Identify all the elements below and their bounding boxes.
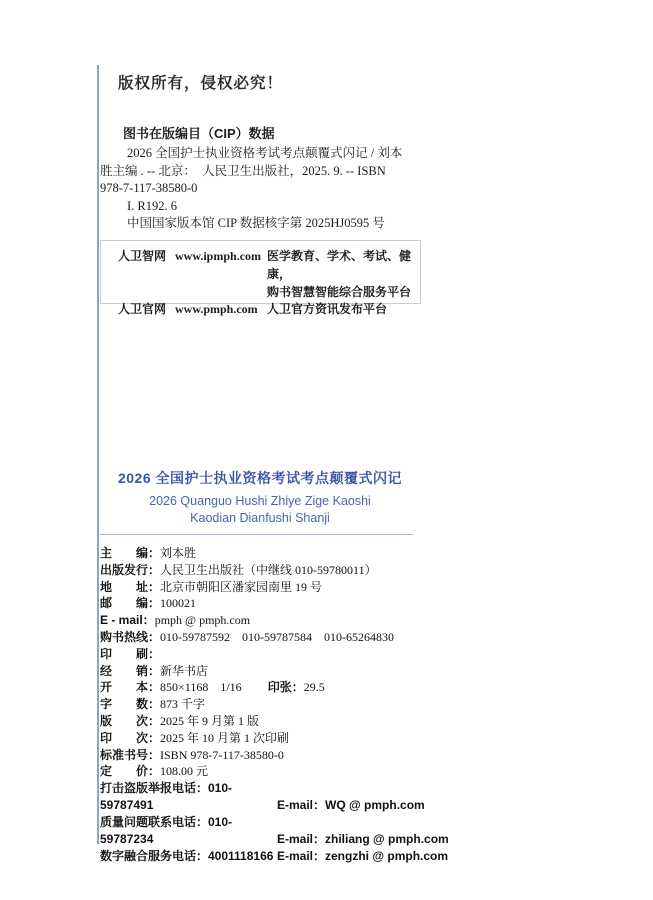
footer-email: E-mail：zhiliang @ pmph.com	[277, 832, 449, 846]
detail-value: 100021	[160, 596, 196, 610]
detail-row-address: 地 址：北京市朝阳区潘家园南里 19 号	[100, 579, 575, 596]
detail-value: 北京市朝阳区潘家园南里 19 号	[160, 580, 322, 594]
detail-row-printing: 印 次：2025 年 10 月第 1 次印刷	[100, 730, 575, 747]
spacer	[175, 284, 267, 302]
detail-row-editor: 主 编：刘本胜	[100, 545, 575, 562]
cip-line: 2026 全国护士执业资格考试考点颠覆式闪记 / 刘本	[100, 145, 475, 163]
detail-label: 印 刷：	[100, 647, 160, 661]
detail-label: 印 次：	[100, 731, 160, 745]
site-url: www.pmph.com	[175, 301, 267, 319]
detail-label-sheets: 印张：	[268, 680, 304, 694]
detail-row-wordcount: 字 数：873 千字	[100, 696, 575, 713]
anti-piracy-contacts: 打击盗版举报电话：010-59787491E-mail：WQ @ pmph.co…	[100, 780, 575, 865]
publication-details: 主 编：刘本胜 出版发行：人民卫生出版社（中继线 010-59780011） 地…	[100, 545, 575, 780]
detail-row-email: E - mail：pmph @ pmph.com	[100, 612, 575, 629]
site-desc: 医学教育、学术、考试、健康，	[267, 248, 420, 284]
footer-email: E-mail：zengzhi @ pmph.com	[277, 849, 448, 863]
cip-line: 胜主编 . -- 北京： 人民卫生出版社，2025. 9. -- ISBN	[100, 163, 475, 181]
book-title-block: 2026 全国护士执业资格考试考点颠覆式闪记 2026 Quanguo Hush…	[100, 468, 420, 526]
detail-label: 经 销：	[100, 664, 160, 678]
cip-line: 978-7-117-38580-0	[100, 180, 475, 198]
detail-label: E - mail：	[100, 613, 155, 627]
detail-value: 873 千字	[160, 697, 205, 711]
footer-phone: 打击盗版举报电话：010-59787491	[100, 780, 277, 814]
detail-row-purchase-hotline: 购书热线：010-59787592 010-59787584 010-65264…	[100, 629, 575, 646]
site-url: www.ipmph.com	[175, 248, 267, 284]
cip-data-block: 2026 全国护士执业资格考试考点颠覆式闪记 / 刘本 胜主编 . -- 北京：…	[100, 145, 475, 233]
footer-phone: 质量问题联系电话：010-59787234	[100, 814, 277, 848]
detail-value: 2025 年 9 月第 1 版	[160, 714, 259, 728]
detail-label: 开 本：	[100, 680, 160, 694]
detail-label: 定 价：	[100, 764, 160, 778]
copyright-notice: 版权所有，侵权必究！	[118, 71, 283, 93]
detail-label: 主 编：	[100, 546, 160, 560]
footer-email: E-mail：WQ @ pmph.com	[277, 798, 425, 812]
detail-row-isbn: 标准书号：ISBN 978-7-117-38580-0	[100, 747, 575, 764]
footer-line-quality: 质量问题联系电话：010-59787234E-mail：zhiliang @ p…	[100, 814, 575, 848]
cip-header: 图书在版编目（CIP）数据	[123, 123, 275, 142]
detail-label: 地 址：	[100, 580, 160, 594]
detail-value: 108.00 元	[160, 764, 208, 778]
cip-line: I. R192. 6	[100, 198, 475, 216]
site-desc: 人卫官方资讯发布平台	[267, 301, 420, 319]
detail-value: 850×1168 1/16	[160, 680, 242, 694]
footer-line-digital: 数字融合服务电话：4001118166E-mail：zengzhi @ pmph…	[100, 848, 575, 865]
spacer	[118, 284, 175, 302]
pmph-websites-grid: 人卫智网 www.ipmph.com 医学教育、学术、考试、健康， 购书智慧智能…	[118, 248, 420, 319]
detail-row-publisher: 出版发行：人民卫生出版社（中继线 010-59780011）	[100, 562, 575, 579]
detail-label: 出版发行：	[100, 563, 160, 577]
detail-value: 新华书店	[160, 664, 208, 678]
book-title-chinese: 2026 全国护士执业资格考试考点颠覆式闪记	[100, 468, 420, 488]
site-name: 人卫智网	[118, 248, 175, 284]
detail-label: 邮 编：	[100, 596, 160, 610]
detail-row-printer: 印 刷：	[100, 646, 575, 663]
detail-value: ISBN 978-7-117-38580-0	[160, 748, 284, 762]
site-name: 人卫官网	[118, 301, 175, 319]
detail-row-edition: 版 次：2025 年 9 月第 1 版	[100, 713, 575, 730]
detail-label: 版 次：	[100, 714, 160, 728]
pmph-websites-box: 人卫智网 www.ipmph.com 医学教育、学术、考试、健康， 购书智慧智能…	[100, 240, 421, 304]
detail-value: pmph @ pmph.com	[155, 613, 250, 627]
detail-value-sheets: 29.5	[304, 680, 325, 694]
detail-value: 人民卫生出版社（中继线 010-59780011）	[160, 563, 377, 577]
copyright-page: 版权所有，侵权必究！ 图书在版编目（CIP）数据 2026 全国护士执业资格考试…	[0, 0, 653, 900]
detail-value: 刘本胜	[160, 546, 196, 560]
cip-line: 中国国家版本馆 CIP 数据核字第 2025HJ0595 号	[100, 215, 475, 233]
footer-phone: 数字融合服务电话：4001118166	[100, 848, 277, 865]
detail-row-price: 定 价：108.00 元	[100, 763, 575, 780]
detail-label: 标准书号：	[100, 748, 160, 762]
detail-label: 购书热线：	[100, 630, 160, 644]
footer-line-piracy: 打击盗版举报电话：010-59787491E-mail：WQ @ pmph.co…	[100, 780, 575, 814]
detail-label: 字 数：	[100, 697, 160, 711]
site-desc: 购书智慧智能综合服务平台	[267, 284, 420, 302]
left-accent-line	[97, 65, 99, 844]
detail-value: 010-59787592 010-59787584 010-65264830	[160, 630, 394, 644]
book-title-pinyin-line2: Kaodian Dianfushi Shanji	[100, 510, 420, 526]
detail-row-postcode: 邮 编：100021	[100, 595, 575, 612]
detail-value: 2025 年 10 月第 1 次印刷	[160, 731, 289, 745]
book-title-pinyin-line1: 2026 Quanguo Hushi Zhiye Zige Kaoshi	[100, 493, 420, 509]
title-divider-line	[100, 534, 413, 535]
detail-row-format: 开 本：850×1168 1/16印张：29.5	[100, 679, 575, 696]
detail-row-distributor: 经 销：新华书店	[100, 663, 575, 680]
